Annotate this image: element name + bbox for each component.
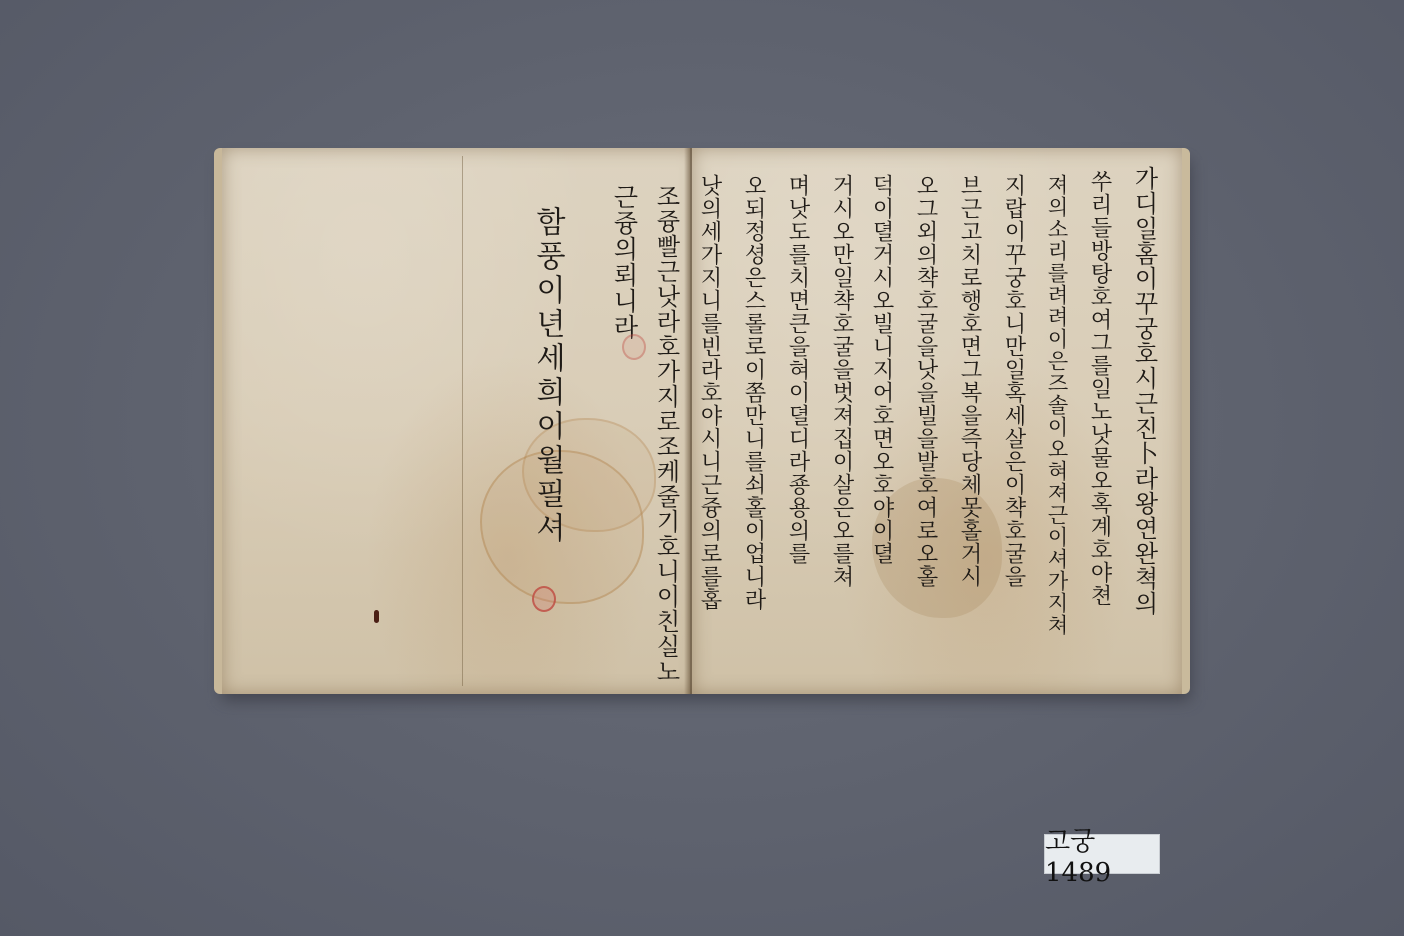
text-column: 며낫도를치면큰을혀이뎔디라죵용의를 bbox=[786, 174, 808, 565]
red-seal-stamp bbox=[532, 586, 556, 612]
right-page: 낫의세가지니를빈라호야시니근즁의로를홉 오되정셩은스롤로이쫌만니를쇠홀이업니라 … bbox=[692, 148, 1190, 694]
text-column: 오그외의챡호굴을낫을빌을발호여로오홀 bbox=[914, 174, 936, 588]
text-column: 낫의세가지니를빈라호야시니근즁의로를홉 bbox=[698, 174, 720, 611]
text-column: 쑤리들방탕호여그를일노낫물오혹계호야쳔 bbox=[1088, 170, 1110, 607]
open-manuscript-book: 함풍이년세희이월필셔 근즁의뢰니라 조즁빨근낫라호가지로조케줄기호니이친실노 낫… bbox=[214, 148, 1182, 694]
text-column: 덕이뎔거시오빌니지어호면오호야이뎔 bbox=[870, 174, 892, 565]
text-column: 지랍이꾸궁호니만일혹세살은이챡호굴을 bbox=[1002, 174, 1024, 588]
text-column: 거시오만일챡호굴을벗져집이살은오를쳐 bbox=[830, 174, 852, 588]
text-column: 가디일홈이꾸궁호시근진卜라왕연완쳑의 bbox=[1132, 166, 1156, 616]
colophon-text: 함풍이년세희이월필셔 bbox=[532, 206, 562, 546]
text-column: 브근고치로행호면그복을즉당체못홀거시 bbox=[958, 174, 980, 588]
red-seal-stamp-faint bbox=[622, 334, 646, 360]
left-page: 함풍이년세희이월필셔 근즁의뢰니라 조즁빨근낫라호가지로조케줄기호니이친실노 bbox=[214, 148, 698, 694]
text-column: 져의소리를려려이은즈솔이오혀져근이셔가지쳐 bbox=[1046, 174, 1067, 636]
text-column: 조즁빨근낫라호가지로조케줄기호니이친실노 bbox=[654, 184, 678, 684]
catalog-number-label: 고궁1489 bbox=[1044, 834, 1160, 874]
worm-hole-mark bbox=[374, 610, 379, 623]
text-column: 오되정셩은스롤로이쫌만니를쇠홀이업니라 bbox=[742, 174, 764, 611]
text-column: 근즁의뢰니라 bbox=[612, 184, 637, 340]
page-fold-line bbox=[462, 156, 463, 686]
